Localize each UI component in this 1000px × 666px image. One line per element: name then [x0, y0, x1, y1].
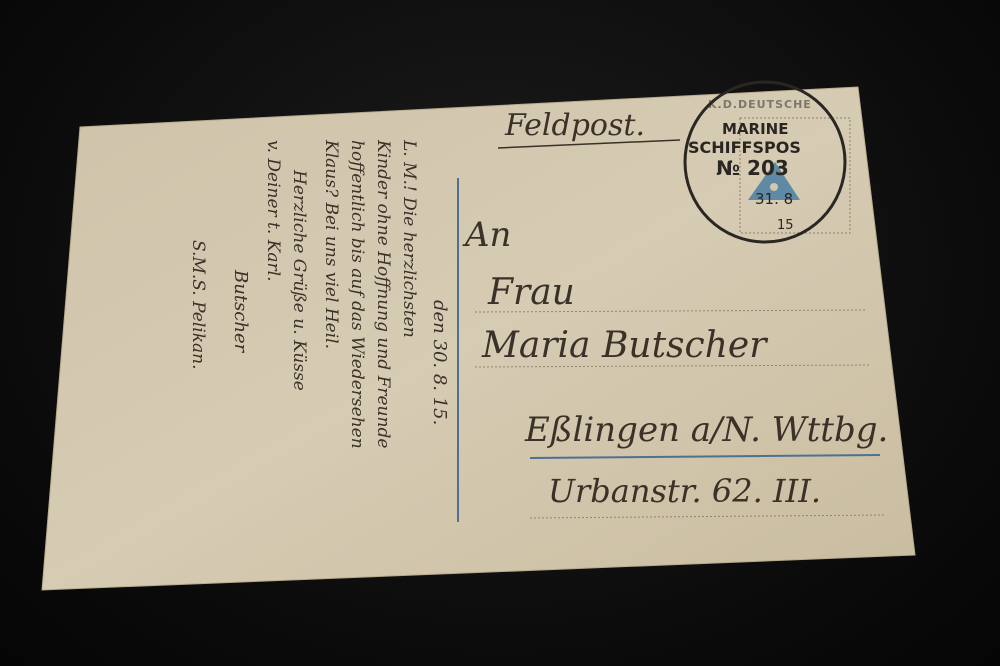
address-name: Maria Butscher: [482, 325, 766, 366]
postcard: Feldpost. K.D.DEUTSCHE MARINE SCHIFFSPOS…: [0, 0, 1000, 666]
message-line: Kinder ohne Hoffnung und Freunde: [373, 140, 393, 449]
address-salutation: An: [465, 215, 511, 255]
address-street: Urbanstr. 62. III.: [548, 472, 821, 510]
postmark-top-arc: K.D.DEUTSCHE: [708, 98, 812, 111]
message-line: L. M.! Die herzlichsten: [399, 140, 419, 449]
message-line: Herzliche Grüße u. Küsse: [289, 170, 309, 479]
message-date: den 30. 8. 15.: [429, 300, 450, 609]
postmark-line1: MARINE: [722, 120, 788, 138]
postmark-line2: SCHIFFSPOS: [688, 138, 801, 157]
postmark-year: 15: [777, 218, 794, 233]
message-line: hoffentlich bis auf das Wiedersehen: [347, 140, 367, 449]
message-sender-unit: S.M.S. Pelikan.: [188, 240, 208, 549]
address-city: Eßlingen a/N. Wttbg.: [525, 410, 888, 450]
message-signature: Butscher: [230, 270, 251, 579]
message-line: v. Deiner t. Karl.: [263, 140, 283, 449]
postmark-date: 31. 8: [755, 190, 793, 208]
postmark-number: № 203: [716, 156, 789, 180]
feldpost-heading: Feldpost.: [505, 108, 645, 143]
message-block: den 30. 8. 15. L. M.! Die herzlichsten K…: [90, 120, 460, 520]
address-title: Frau: [488, 272, 575, 313]
message-line: Klaus? Bei uns viel Heil.: [321, 140, 341, 449]
